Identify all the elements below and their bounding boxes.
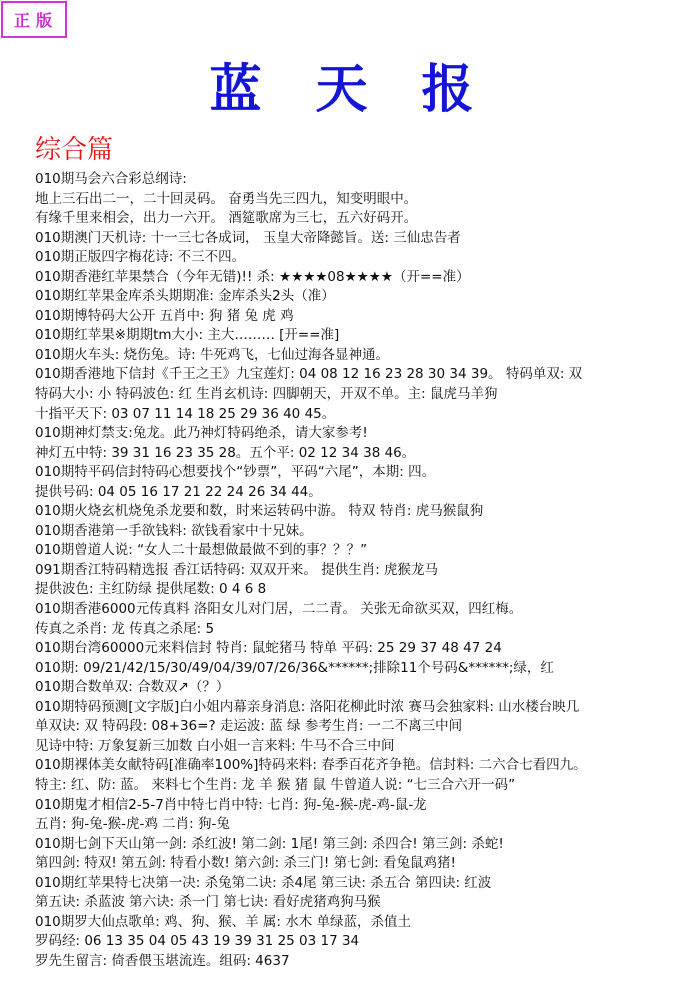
- text-line: 010期马会六合彩总纲诗:: [35, 170, 680, 190]
- text-line: 010期博特码大公开 五肖中: 狗 猪 兔 虎 鸡: [35, 307, 680, 327]
- text-line: 010期火烧玄机烧兔杀龙要和数，时来运转码中游。 特双 特肖: 虎马猴鼠狗: [35, 502, 680, 522]
- text-line: 010期澳门天机诗: 十一三七各成词， 玉皇大帝降懿旨。送: 三仙忠告者: [35, 229, 680, 249]
- text-line: 010期曾道人说: “女人二十最想做最做不到的事？？？”: [35, 541, 680, 561]
- page-title: 蓝天报: [0, 55, 683, 125]
- text-line: 010期七剑下天山第一剑: 杀红波! 第二剑: 1尾! 第三剑: 杀四合! 第三…: [35, 835, 680, 855]
- title-char-1: 蓝: [209, 55, 261, 125]
- text-line: 罗先生留言: 倚香偎玉堪流连。组码: 4637: [35, 952, 680, 972]
- text-line: 神灯五中特: 39 31 16 23 35 28。五个平: 02 12 34 3…: [35, 444, 680, 464]
- text-line: 010期香港6000元传真料 洛阳女儿对门居，二二青。 关张无命欲买双，四红梅。: [35, 600, 680, 620]
- text-line: 010期特平码信封特码心想要找个“钞票”，平码“六尾”，本期: 四。: [35, 463, 680, 483]
- text-line: 提供波色: 主红防绿 提供尾数: 0 4 6 8: [35, 580, 680, 600]
- text-line: 010期香港红苹果禁合（今年无错)!! 杀: ★★★★08★★★★（开==准）: [35, 268, 680, 288]
- text-line: 特码大小: 小 特码波色: 红 生肖玄机诗: 四脚朝天，开双不单。主: 鼠虎马羊…: [35, 385, 680, 405]
- text-line: 010期台湾60000元来料信封 特肖: 鼠蛇猪马 特单 平码: 25 29 3…: [35, 639, 680, 659]
- text-line: 010期红苹果特七决第一决: 杀兔第二诀: 杀4尾 第三诀: 杀五合 第四诀: …: [35, 874, 680, 894]
- title-char-3: 报: [422, 55, 474, 125]
- text-line: 五肖: 狗-兔-猴-虎-鸡 二肖: 狗-兔: [35, 815, 680, 835]
- text-line: 特主: 红、防: 蓝。 来料七个生肖: 龙 羊 猴 猪 鼠 牛曾道人说: “七三…: [35, 776, 680, 796]
- content-lines: 010期马会六合彩总纲诗: 地上三石出二一，二十回灵码。 奋勇当先三四九，知变明…: [35, 170, 680, 971]
- text-line: 010期火车头: 烧伤兔。诗: 牛死鸡飞，七仙过海各显神通。: [35, 346, 680, 366]
- text-line: 010期: 09/21/42/15/30/49/04/39/07/26/36&*…: [35, 659, 680, 679]
- text-line: 地上三石出二一，二十回灵码。 奋勇当先三四九，知变明眼中。: [35, 190, 680, 210]
- text-line: 010期红苹果金库杀头期期准: 金库杀头2头（准）: [35, 287, 680, 307]
- badge-label: 正版: [14, 8, 58, 31]
- authentic-edition-badge: 正版: [1, 1, 67, 38]
- text-line: 010期香港地下信封《千王之王》九宝莲灯: 04 08 12 16 23 28 …: [35, 365, 680, 385]
- text-line: 010期合数单双: 合数双↗（？）: [35, 678, 680, 698]
- text-line: 罗码经: 06 13 35 04 05 43 19 39 31 25 03 17…: [35, 932, 680, 952]
- text-line: 091期香江特码精选报 香江话特码: 双双开来。 提供生肖: 虎猴龙马: [35, 561, 680, 581]
- text-line: 010期香港第一手欲钱料: 欲钱看家中十兄妹。: [35, 522, 680, 542]
- text-line: 第四剑: 特双! 第五剑: 特看小数! 第六剑: 杀三门! 第七剑: 看兔鼠鸡猪…: [35, 854, 680, 874]
- text-line: 第五诀: 杀蓝波 第六诀: 杀一门 第七诀: 看好虎猪鸡狗马猴: [35, 893, 680, 913]
- text-line: 传真之杀肖: 龙 传真之杀尾: 5: [35, 620, 680, 640]
- title-char-2: 天: [315, 55, 367, 125]
- text-line: 有缘千里来相会，出力一六开。 酒筵歌席为三七，五六好码开。: [35, 209, 680, 229]
- text-line: 010期红苹果※期期tm大小: 主大……… [开==准]: [35, 326, 680, 346]
- text-line: 单双诀: 双 特码段: 08+36=? 走运波: 蓝 绿 参考生肖: 一二不离三…: [35, 717, 680, 737]
- text-line: 010期鬼才相信2-5-7肖中特七肖中特: 七肖: 狗-兔-猴-虎-鸡-鼠-龙: [35, 796, 680, 816]
- text-line: 010期神灯禁支:兔龙。此乃神灯特码绝杀，请大家参考!: [35, 424, 680, 444]
- section-heading: 综合篇: [35, 134, 113, 166]
- text-line: 010期裸体美女献特码[准确率100%]特码来料: 春季百花齐争艳。信封料: 二…: [35, 756, 680, 776]
- text-line: 十指平天下: 03 07 11 14 18 25 29 36 40 45。: [35, 405, 680, 425]
- text-line: 010期特码预测[文字版]白小姐内幕亲身消息: 洛阳花柳此时浓 赛马会独家料: …: [35, 698, 680, 718]
- text-line: 010期罗大仙点歌单: 鸡、狗、猴、羊 属: 水木 单绿蓝，杀值土: [35, 913, 680, 933]
- text-line: 010期正版四字梅花诗: 不三不四。: [35, 248, 680, 268]
- text-line: 见诗中特: 万象复新三加数 白小姐一言来料: 牛马不合三中间: [35, 737, 680, 757]
- text-line: 提供号码: 04 05 16 17 21 22 24 26 34 44。: [35, 483, 680, 503]
